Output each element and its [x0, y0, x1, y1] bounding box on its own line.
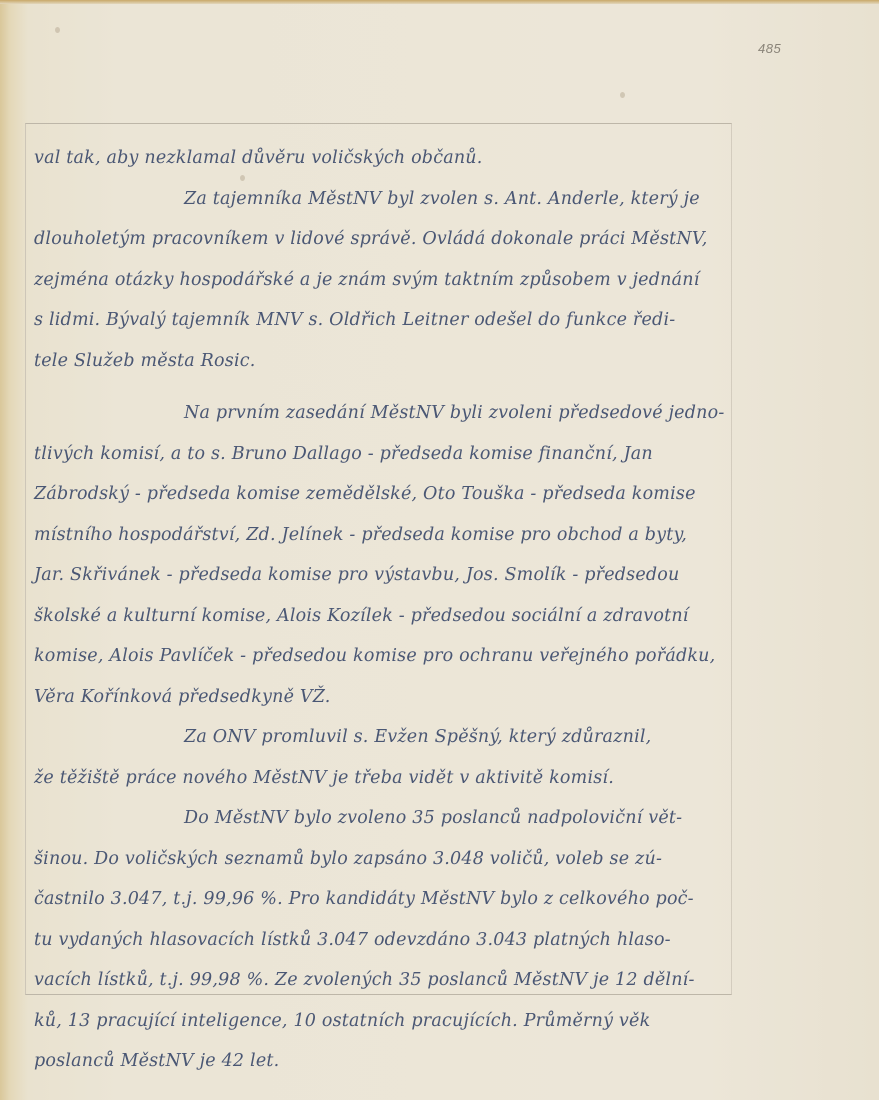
text-line: častnilo 3.047, t.j. 99,96 %. Pro kandid…: [34, 879, 734, 920]
text-line: Zábrodský - předseda komise zemědělské, …: [34, 474, 734, 515]
text-line: Do MěstNV bylo zvoleno 35 poslanců nadpo…: [34, 798, 734, 839]
text-line: dlouholetým pracovníkem v lidové správě.…: [34, 219, 734, 260]
text-line: šinou. Do voličských seznamů bylo zapsán…: [34, 839, 734, 880]
text-line: tlivých komisí, a to s. Bruno Dallago - …: [34, 434, 734, 475]
paper-speck: [620, 92, 625, 98]
paper-speck: [55, 27, 60, 33]
text-line: s lidmi. Bývalý tajemník MNV s. Oldřich …: [34, 300, 734, 341]
text-line: Věra Kořínková předsedkyně VŽ.: [34, 677, 734, 718]
text-line: že těžiště práce nového MěstNV je třeba …: [34, 758, 734, 799]
text-line: vacích lístků, t.j. 99,98 %. Ze zvolenýc…: [34, 960, 734, 1001]
page-top-edge: [0, 0, 879, 4]
text-line: zejména otázky hospodářské a je znám svý…: [34, 260, 734, 301]
page-number: 485: [758, 41, 781, 56]
text-line: místního hospodářství, Zd. Jelínek - pře…: [34, 515, 734, 556]
text-line: Za tajemníka MěstNV byl zvolen s. Ant. A…: [34, 179, 734, 220]
text-line: tele Služeb města Rosic.: [34, 341, 734, 382]
text-line: školské a kulturní komise, Alois Kozílek…: [34, 596, 734, 637]
text-line: ků, 13 pracující inteligence, 10 ostatní…: [34, 1001, 734, 1042]
text-line: val tak, aby nezklamal důvěru voličských…: [34, 138, 734, 179]
text-line: Za ONV promluvil s. Evžen Spěšný, který …: [34, 717, 734, 758]
text-line: Jar. Skřivánek - předseda komise pro výs…: [34, 555, 734, 596]
handwritten-text-body: val tak, aby nezklamal důvěru voličských…: [34, 138, 734, 1082]
text-line: Na prvním zasedání MěstNV byli zvoleni p…: [34, 393, 734, 434]
text-line: komise, Alois Pavlíček - předsedou komis…: [34, 636, 734, 677]
text-line: poslanců MěstNV je 42 let.: [34, 1041, 734, 1082]
text-line: tu vydaných hlasovacích lístků 3.047 ode…: [34, 920, 734, 961]
